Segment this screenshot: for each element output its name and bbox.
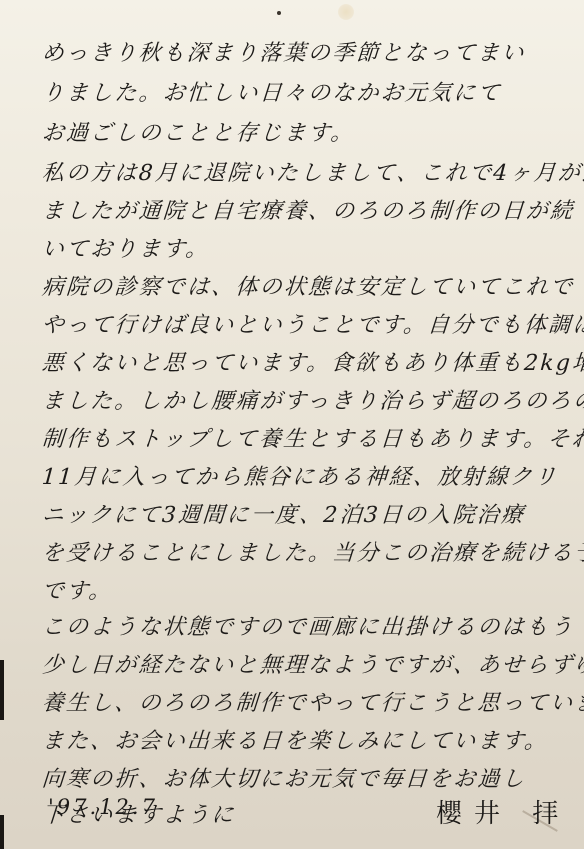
letter-paper: めっきり秋も深まり落葉の季節となってまい りました。お忙しい日々のなかお元気にて… [0,0,584,849]
paper-stain [338,4,354,20]
letter-line: お過ごしのことと存じます。 [41,116,356,147]
letter-line: です。 [41,574,114,605]
pin-hole-mark [277,11,281,15]
letter-date: '97.12.7 [48,795,158,819]
letter-line: 病院の診察では、体の状態は安定していてこれで [41,270,576,301]
letter-line: 制作もストップして養生とする日もあります。それで [41,422,584,453]
letter-line: 11月に入ってから熊谷にある神経、放射線クリ [41,460,560,491]
letter-line: 養生し、のろのろ制作でやって行こうと思っています。 [41,686,584,717]
letter-line: ました。しかし腰痛がすっきり治らず超のろのろの [41,384,584,415]
letter-line: を受けることにしました。当分この治療を続ける予定 [41,536,584,567]
letter-signature: 櫻井 拝 [436,793,570,830]
letter-line: ニックにて3週間に一度、2泊3日の入院治療 [41,498,526,529]
letter-line: やって行けば良いということです。自分でも体調は [41,308,584,339]
letter-line: このような状態ですので画廊に出掛けるのはもう [41,610,576,641]
letter-line: また、お会い出来る日を楽しみにしています。 [41,724,550,755]
paper-edge-shadow [0,815,4,849]
letter-line: 私の方は8月に退院いたしまして、これで4ヶ月が過ぎ [41,156,584,187]
letter-line: 少し日が経たないと無理なようですが、あせらずゆっくり [41,648,584,679]
letter-line: ましたが通院と自宅療養、のろのろ制作の日が続 [41,194,576,225]
paper-edge-shadow [0,660,4,720]
letter-line: 向寒の折、お体大切にお元気で毎日をお過し [41,762,527,793]
letter-line: 悪くないと思っています。食欲もあり体重も2kg増え [41,346,584,377]
letter-line: りました。お忙しい日々のなかお元気にて [41,76,503,107]
letter-line: いております。 [41,232,211,263]
letter-line: めっきり秋も深まり落葉の季節となってまい [41,36,527,67]
